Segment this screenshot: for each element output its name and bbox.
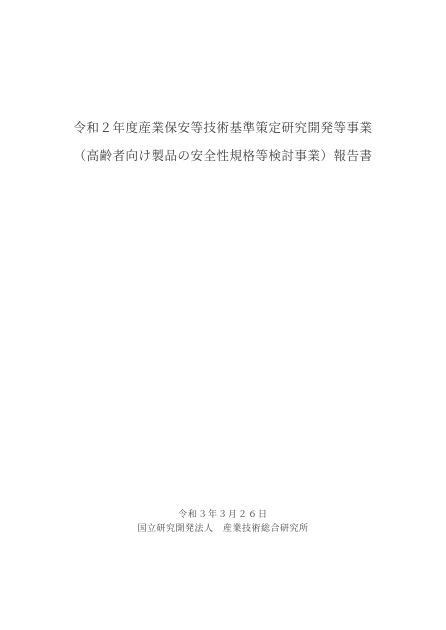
report-organization: 国立研究開発法人 産業技術総合研究所 [0,521,446,535]
report-title-line-2: （高齢者向け製品の安全性規格等検討事業）報告書 [0,142,446,170]
report-footer-block: 令和３年３月２６日 国立研究開発法人 産業技術総合研究所 [0,507,446,535]
report-title-line-1: 令和２年度産業保安等技術基準策定研究開発等事業 [0,114,446,142]
report-title-block: 令和２年度産業保安等技術基準策定研究開発等事業 （高齢者向け製品の安全性規格等検… [0,114,446,170]
report-cover-page: 令和２年度産業保安等技術基準策定研究開発等事業 （高齢者向け製品の安全性規格等検… [0,0,446,630]
report-date: 令和３年３月２６日 [0,507,446,521]
